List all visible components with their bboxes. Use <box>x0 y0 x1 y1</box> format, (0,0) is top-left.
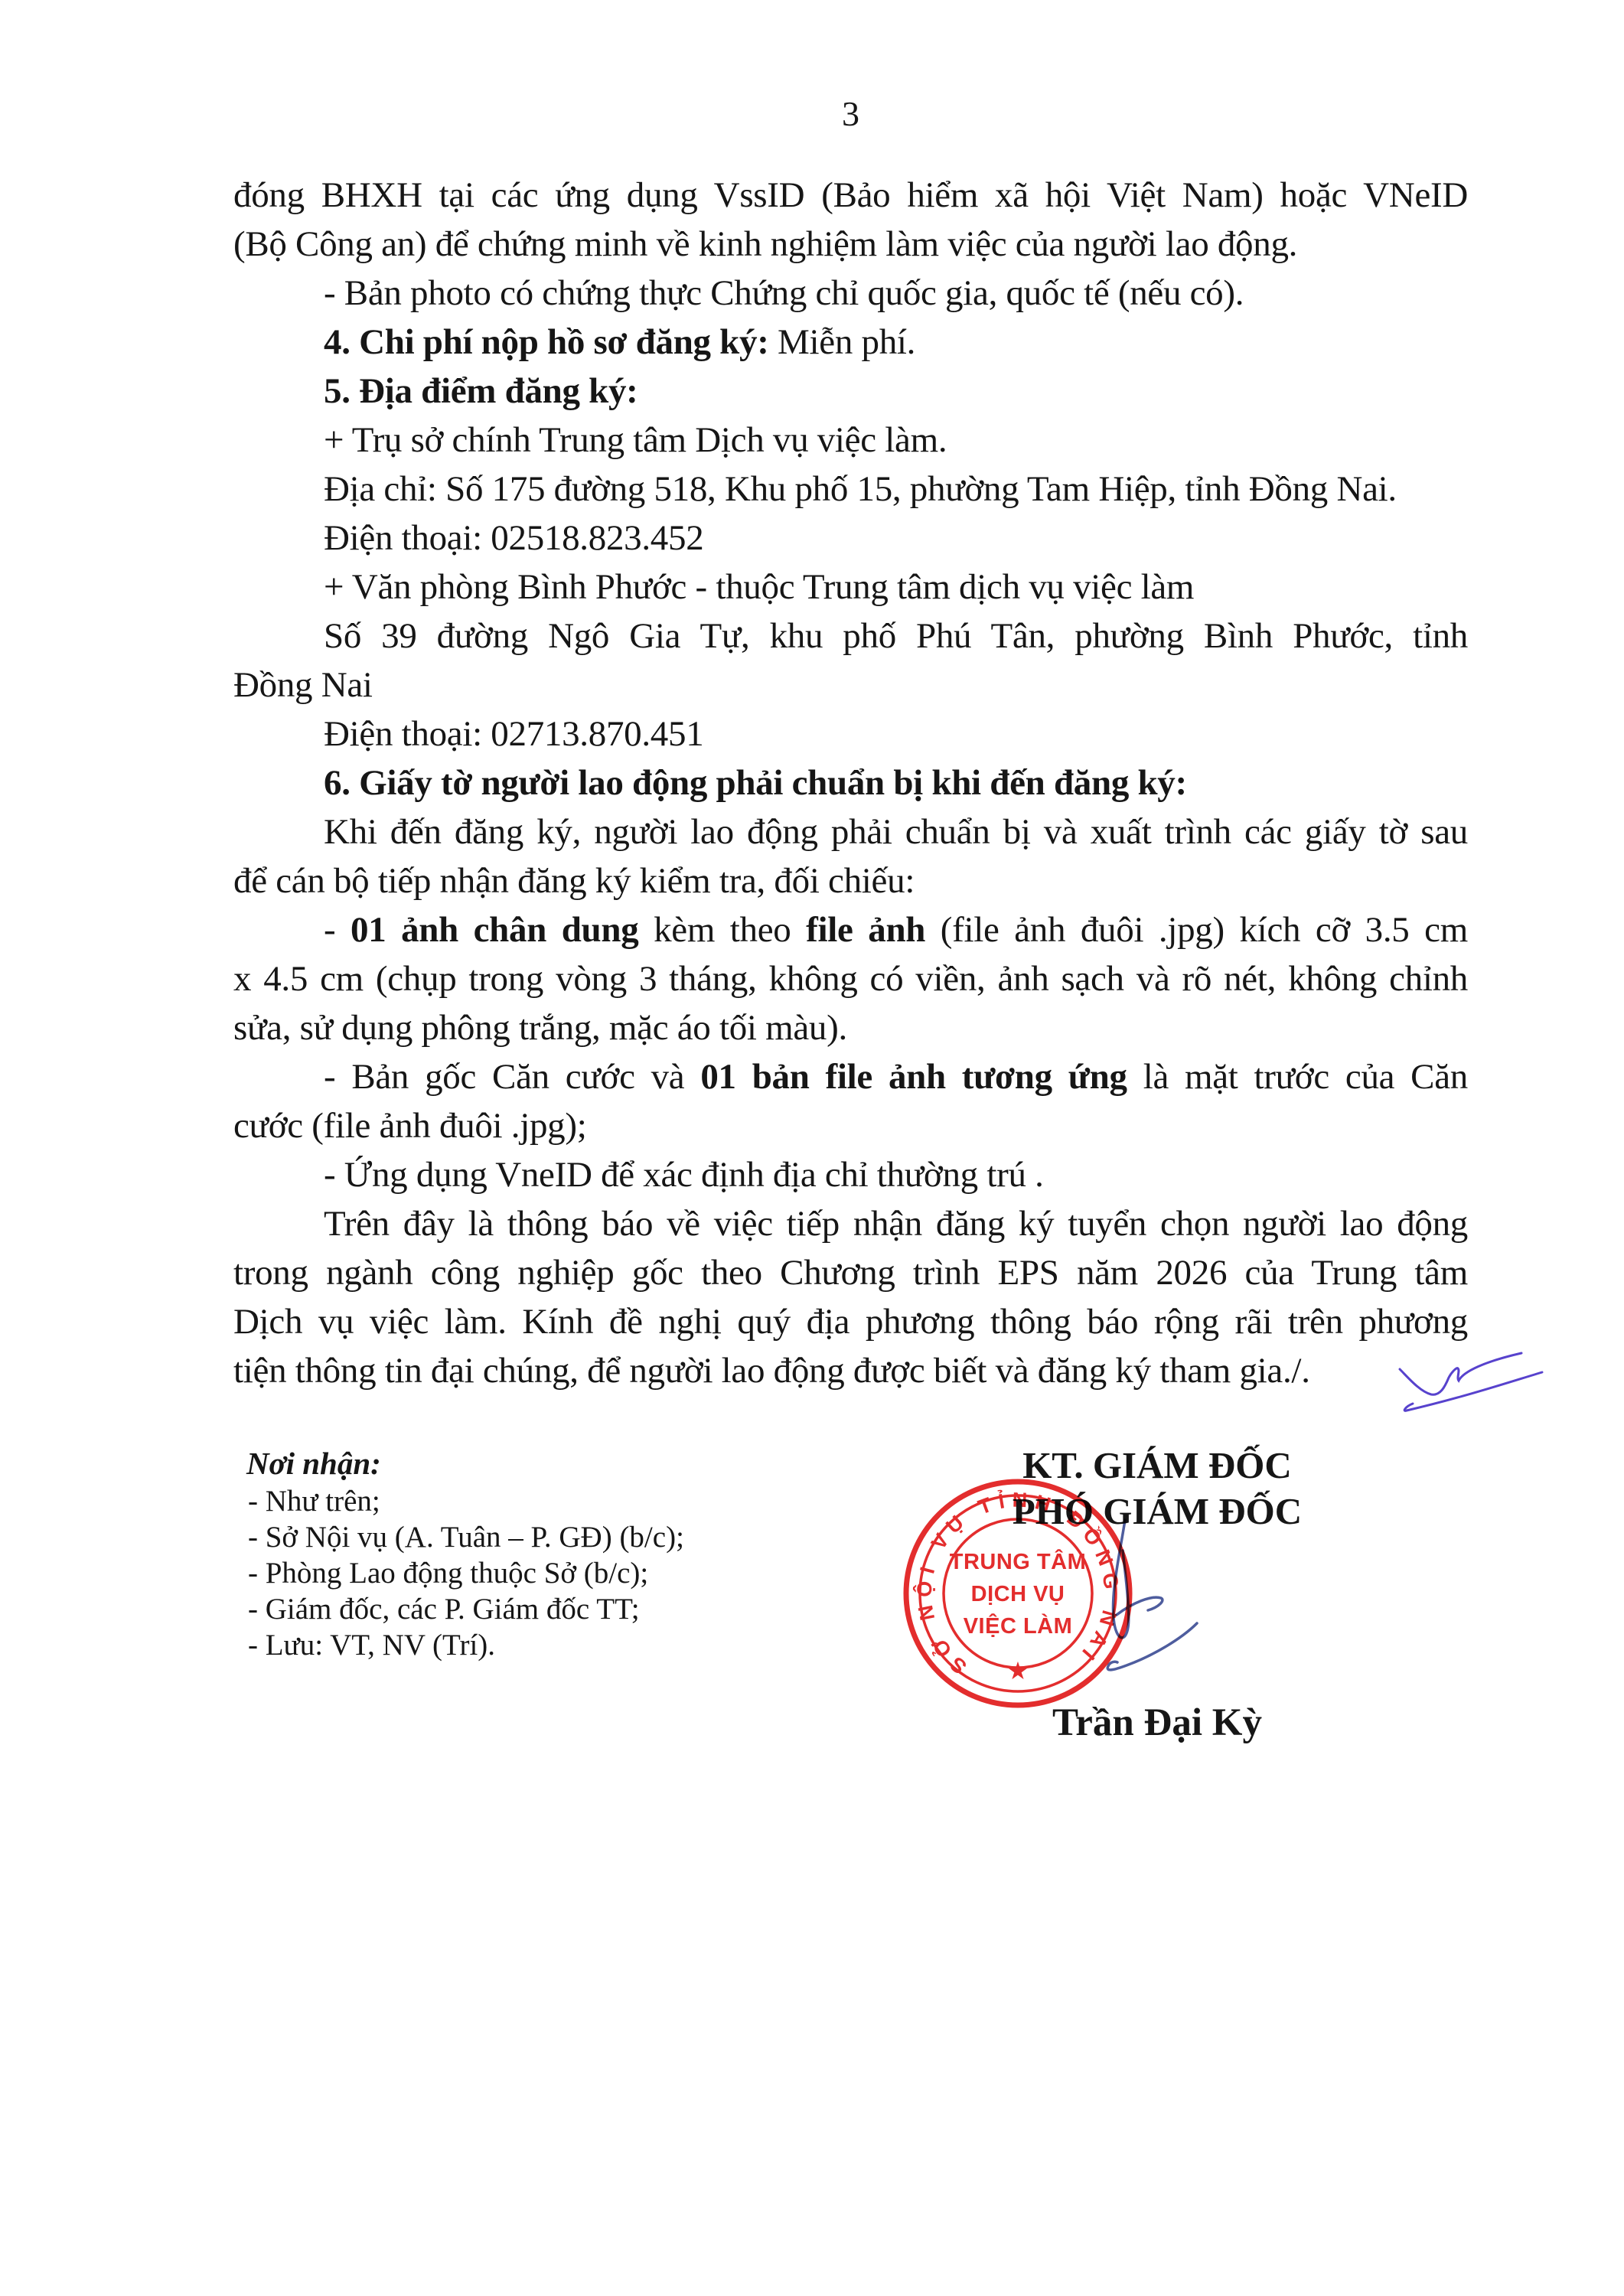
body-line: - Ứng dụng VneID để xác định địa chỉ thư… <box>233 1150 1468 1199</box>
body-line: - 01 ảnh chân dung kèm theo file ảnh (fi… <box>233 905 1468 954</box>
body-text-segment: - Bản photo có chứng thực Chứng chỉ quốc… <box>324 273 1244 313</box>
body-text-segment: sửa, sử dụng phông trắng, mặc áo tối màu… <box>233 1008 847 1048</box>
checkmark-stroke-top <box>1400 1353 1521 1394</box>
body-line: để cán bộ tiếp nhận đăng ký kiểm tra, đố… <box>233 856 1468 905</box>
document-page: 3 đóng BHXH tại các ứng dụng VssID (Bảo … <box>0 0 1624 2296</box>
body-line: 5. Địa điểm đăng ký: <box>233 367 1468 416</box>
body-text-segment: là mặt trước của Căn <box>1127 1057 1468 1097</box>
body-line: Khi đến đăng ký, người lao động phải chu… <box>233 807 1468 856</box>
stamp-center-line-1: TRUNG TÂM <box>950 1548 1086 1574</box>
body-text-bold-segment: 5. Địa điểm đăng ký: <box>324 371 638 411</box>
body-line: 6. Giấy tờ người lao động phải chuẩn bị … <box>233 758 1468 807</box>
body-line: Điện thoại: 02713.870.451 <box>233 709 1468 758</box>
body-text-segment: - Ứng dụng VneID để xác định địa chỉ thư… <box>324 1155 1044 1195</box>
page-number: 3 <box>233 96 1468 132</box>
body-line: x 4.5 cm (chụp trong vòng 3 tháng, không… <box>233 954 1468 1003</box>
body-text-segment: (file ảnh đuôi .jpg) kích cỡ 3.5 cm <box>925 910 1468 950</box>
body-line: - Bản gốc Căn cước và 01 bản file ảnh tư… <box>233 1052 1468 1101</box>
body-text-bold-segment: 4. Chi phí nộp hồ sơ đăng ký: <box>324 322 769 362</box>
signature-stroke-sweep <box>1107 1623 1197 1670</box>
body-text-segment: - Bản gốc Căn cước và <box>324 1057 700 1097</box>
body-line: Điện thoại: 02518.823.452 <box>233 514 1468 563</box>
body-line: tiện thông tin đại chúng, để người lao đ… <box>233 1346 1468 1395</box>
body-text-segment: x 4.5 cm (chụp trong vòng 3 tháng, không… <box>233 959 1468 999</box>
body-text-segment: Số 39 đường Ngô Gia Tự, khu phố Phú Tân,… <box>324 616 1468 656</box>
approval-checkmark-ink <box>1389 1343 1554 1420</box>
body-line: cước (file ảnh đuôi .jpg); <box>233 1101 1468 1150</box>
stamp-star-icon: ★ <box>1007 1657 1029 1684</box>
body-text-segment: - <box>324 910 351 950</box>
body-text-segment: Điện thoại: 02518.823.452 <box>324 518 703 558</box>
recipients-heading: Nơi nhận: <box>246 1448 381 1479</box>
recipient-item: - Sở Nội vụ (A. Tuân – P. GĐ) (b/c); <box>248 1519 684 1555</box>
body-line: Đồng Nai <box>233 660 1468 709</box>
signature-stroke-hook <box>1117 1597 1163 1615</box>
body-text: đóng BHXH tại các ứng dụng VssID (Bảo hi… <box>233 171 1468 1395</box>
body-line: sửa, sử dụng phông trắng, mặc áo tối màu… <box>233 1003 1468 1052</box>
body-line: đóng BHXH tại các ứng dụng VssID (Bảo hi… <box>233 171 1468 220</box>
body-text-segment: Đồng Nai <box>233 665 373 705</box>
body-line: (Bộ Công an) để chứng minh về kinh nghiệ… <box>233 220 1468 269</box>
body-line: Dịch vụ việc làm. Kính đề nghị quý địa p… <box>233 1297 1468 1346</box>
body-line: Trên đây là thông báo về việc tiếp nhận … <box>233 1199 1468 1248</box>
body-text-segment: tiện thông tin đại chúng, để người lao đ… <box>233 1351 1310 1391</box>
body-text-segment: Trên đây là thông báo về việc tiếp nhận … <box>324 1204 1468 1244</box>
signature-ink <box>1087 1500 1255 1684</box>
body-line: + Văn phòng Bình Phước - thuộc Trung tâm… <box>233 563 1468 612</box>
body-text-bold-segment: file ảnh <box>806 910 925 950</box>
recipient-item: - Như trên; <box>248 1483 684 1519</box>
body-text-segment: Miễn phí. <box>769 322 916 362</box>
recipient-item: - Lưu: VT, NV (Trí). <box>248 1627 684 1663</box>
body-text-bold-segment: 01 bản file ảnh tương ứng <box>700 1057 1127 1097</box>
body-text-segment: Điện thoại: 02713.870.451 <box>324 714 703 754</box>
body-text-segment: để cán bộ tiếp nhận đăng ký kiểm tra, đố… <box>233 861 915 901</box>
body-text-bold-segment: 01 ảnh chân dung <box>351 910 638 950</box>
recipient-item: - Phòng Lao động thuộc Sở (b/c); <box>248 1555 684 1591</box>
body-text-segment: cước (file ảnh đuôi .jpg); <box>233 1106 586 1146</box>
body-text-segment: trong ngành công nghiệp gốc theo Chương … <box>233 1253 1468 1293</box>
body-text-bold-segment: 6. Giấy tờ người lao động phải chuẩn bị … <box>324 763 1187 803</box>
stamp-center-line-3: VIỆC LÀM <box>964 1613 1073 1639</box>
stamp-center-line-2: DỊCH VỤ <box>971 1582 1065 1606</box>
body-text-segment: (Bộ Công an) để chứng minh về kinh nghiệ… <box>233 224 1297 264</box>
body-line: Số 39 đường Ngô Gia Tự, khu phố Phú Tân,… <box>233 612 1468 660</box>
body-line: + Trụ sở chính Trung tâm Dịch vụ việc là… <box>233 416 1468 465</box>
body-text-segment: đóng BHXH tại các ứng dụng VssID (Bảo hi… <box>233 175 1468 215</box>
body-text-segment: + Văn phòng Bình Phước - thuộc Trung tâm… <box>324 567 1194 607</box>
body-text-segment: Địa chỉ: Số 175 đường 518, Khu phố 15, p… <box>324 469 1397 509</box>
body-line: - Bản photo có chứng thực Chứng chỉ quốc… <box>233 269 1468 318</box>
body-line: trong ngành công nghiệp gốc theo Chương … <box>233 1248 1468 1297</box>
body-text-segment: kèm theo <box>638 910 806 950</box>
signature-stroke-loop <box>1113 1520 1128 1638</box>
body-line: Địa chỉ: Số 175 đường 518, Khu phố 15, p… <box>233 465 1468 514</box>
body-text-segment: Khi đến đăng ký, người lao động phải chu… <box>324 812 1468 852</box>
recipient-item: - Giám đốc, các P. Giám đốc TT; <box>248 1591 684 1627</box>
recipients-list: - Như trên;- Sở Nội vụ (A. Tuân – P. GĐ)… <box>248 1483 684 1663</box>
body-text-segment: Dịch vụ việc làm. Kính đề nghị quý địa p… <box>233 1302 1468 1342</box>
body-line: 4. Chi phí nộp hồ sơ đăng ký: Miễn phí. <box>233 318 1468 367</box>
body-text-segment: + Trụ sở chính Trung tâm Dịch vụ việc là… <box>324 420 947 460</box>
